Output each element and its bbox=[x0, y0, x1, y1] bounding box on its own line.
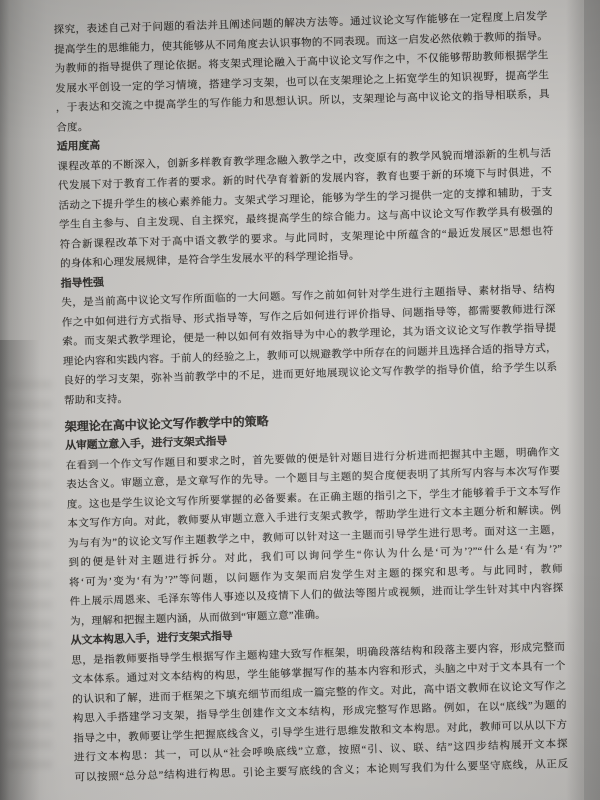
page-surface: 探究，表述自己对于问题的看法并且阐述问题的解决方法等。通过议论文写作能够在一定程… bbox=[0, 0, 584, 800]
paragraph: 探究，表述自己对于问题的看法并且阐述问题的解决方法等。通过议论文写作能够在一定程… bbox=[53, 7, 550, 138]
paragraph: 在看到一个作文写作题目和要求之时，首先要做的便是针对题目进行分析进而把握其中主题… bbox=[66, 443, 565, 632]
paragraph: 失，是当前高中议论文写作所面临的一大问题。写作之前如何针对学生进行主题指导、素材… bbox=[61, 280, 558, 411]
page-right-edge-shadow bbox=[566, 0, 600, 800]
photographed-book-page: 探究，表述自己对于问题的看法并且阐述问题的解决方法等。通过议论文写作能够在一定程… bbox=[0, 0, 600, 800]
show-through-text-ghost bbox=[6, 380, 52, 780]
paragraph: 课程改革的不断深入，创新多样教育教学理念融入教学之中，改变原有的教学风貌而增添新… bbox=[57, 144, 554, 275]
page-text-column: 探究，表述自己对于问题的看法并且阐述问题的解决方法等。通过议论文写作能够在一定程… bbox=[53, 7, 568, 787]
paragraph: 思，是指教师要指导学生根据写作主题构建大致写作框架，明确段落结构和段落主要内容，… bbox=[71, 638, 569, 788]
